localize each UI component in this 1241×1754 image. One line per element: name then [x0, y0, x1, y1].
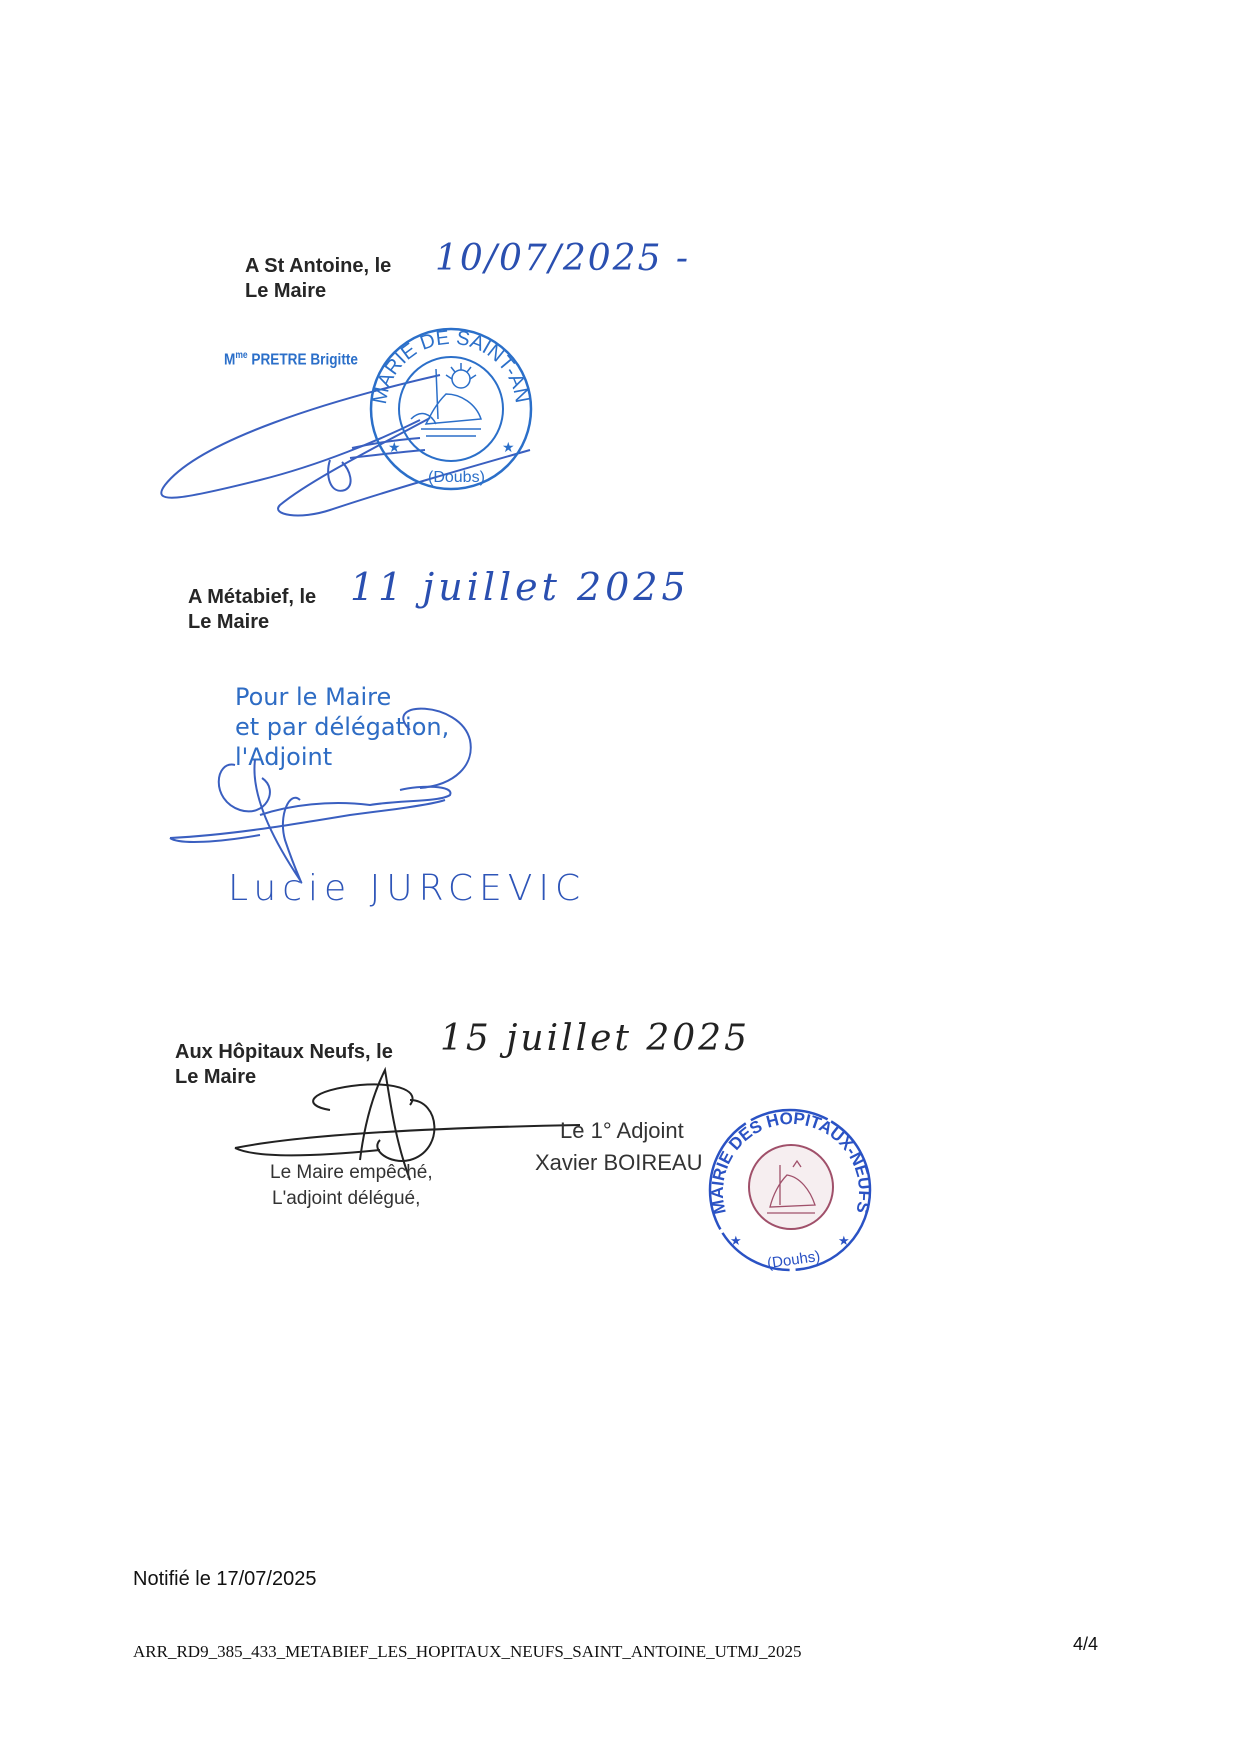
adjoint-name: Xavier BOIREAU	[535, 1150, 703, 1176]
svg-text:★: ★	[730, 1233, 742, 1248]
notification-date: Notifié le 17/07/2025	[133, 1568, 316, 1591]
absence-line-2: L'adjoint délégué,	[272, 1188, 420, 1210]
absence-line-1: Le Maire empêché,	[270, 1162, 433, 1184]
adjoint-title: Le 1° Adjoint	[560, 1118, 684, 1144]
svg-text:★: ★	[838, 1233, 850, 1248]
stamp-mairie-hopitaux-neufs: MAIRIE DES HOPITAUX-NEUFS (Douhs) ★ ★	[705, 1105, 875, 1275]
svg-text:(Douhs): (Douhs)	[766, 1248, 821, 1272]
signature-scribble-hopitaux-neufs	[0, 0, 1241, 1754]
page-number: 4/4	[1073, 1634, 1098, 1655]
footer-reference: ARR_RD9_385_433_METABIEF_LES_HOPITAUX_NE…	[133, 1642, 801, 1662]
